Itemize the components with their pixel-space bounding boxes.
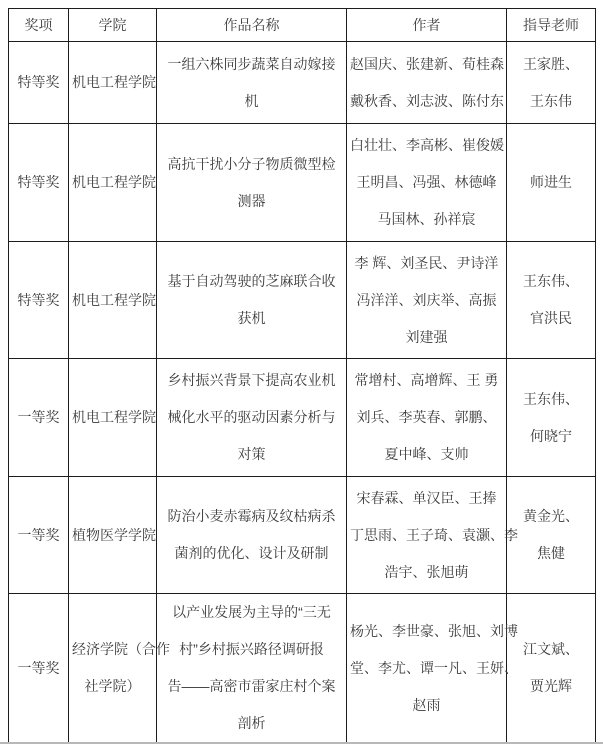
cell-authors: 常增村、高增辉、王 勇 刘兵、李英春、郭鹏、 夏中峰、支帅	[347, 359, 507, 477]
cell-college: 机电工程学院	[69, 359, 157, 477]
cell-work-title: 乡村振兴背景下提高农业机 械化水平的驱动因素分析与 对策	[157, 359, 347, 477]
page: 奖项 学院 作品名称 作者 指导老师 特等奖 机电工程学院 一组六株同步蔬菜自动…	[0, 0, 603, 744]
cell-work-title: 一组六株同步蔬菜自动嫁接 机	[157, 42, 347, 124]
cell-college: 经济学院（合作 社学院）	[69, 594, 157, 743]
cell-college: 植物医学学院	[69, 477, 157, 594]
cell-work-title: 防治小麦赤霉病及纹枯病杀 菌剂的优化、设计及研制	[157, 477, 347, 594]
header-authors: 作者	[347, 9, 507, 42]
cell-advisors: 王东伟、 官洪民	[507, 242, 596, 359]
cell-college: 机电工程学院	[69, 42, 157, 124]
cell-advisors: 王东伟、 何晓宁	[507, 359, 596, 477]
cell-advisors: 黄金光、 焦健	[507, 477, 596, 594]
cell-award: 特等奖	[9, 124, 69, 242]
cell-work-title: 基于自动驾驶的芝麻联合收 获机	[157, 242, 347, 359]
header-advisors: 指导老师	[507, 9, 596, 42]
cell-authors: 李 辉、刘圣民、尹诗洋 冯洋洋、刘庆举、高振 刘建强	[347, 242, 507, 359]
table-row: 特等奖 机电工程学院 基于自动驾驶的芝麻联合收 获机 李 辉、刘圣民、尹诗洋 冯…	[9, 242, 596, 359]
cell-advisors: 江文斌、 贾光辉	[507, 594, 596, 743]
cell-work-title: 以产业发展为主导的“三无 村”乡村振兴路径调研报 告——高密市雷家庄村个案 剖析	[157, 594, 347, 743]
cell-advisors: 王家胜、 王东伟	[507, 42, 596, 124]
awards-table: 奖项 学院 作品名称 作者 指导老师 特等奖 机电工程学院 一组六株同步蔬菜自动…	[8, 8, 596, 743]
cell-work-title: 高抗干扰小分子物质微型检 测器	[157, 124, 347, 242]
header-work-title: 作品名称	[157, 9, 347, 42]
table-row: 一等奖 经济学院（合作 社学院） 以产业发展为主导的“三无 村”乡村振兴路径调研…	[9, 594, 596, 743]
cell-award: 一等奖	[9, 594, 69, 743]
header-row: 奖项 学院 作品名称 作者 指导老师	[9, 9, 596, 42]
table-row: 特等奖 机电工程学院 高抗干扰小分子物质微型检 测器 白壮壮、李高彬、崔俊媛 王…	[9, 124, 596, 242]
table-row: 一等奖 植物医学学院 防治小麦赤霉病及纹枯病杀 菌剂的优化、设计及研制 宋春霖、…	[9, 477, 596, 594]
cell-authors: 宋春霖、单汉臣、王捧 丁思雨、王子琦、袁灏、李 浩宇、张旭萌	[347, 477, 507, 594]
cell-authors: 杨光、李世豪、张旭、刘博 堂、李尤、谭一凡、王妍、 赵雨	[347, 594, 507, 743]
cell-authors: 白壮壮、李高彬、崔俊媛 王明昌、冯强、林德峰 马国林、孙祥宸	[347, 124, 507, 242]
cell-advisors: 师进生	[507, 124, 596, 242]
header-award: 奖项	[9, 9, 69, 42]
cell-award: 一等奖	[9, 359, 69, 477]
cell-authors: 赵国庆、张建新、荀桂森 戴秋香、刘志波、陈付东	[347, 42, 507, 124]
table-row: 特等奖 机电工程学院 一组六株同步蔬菜自动嫁接 机 赵国庆、张建新、荀桂森 戴秋…	[9, 42, 596, 124]
table-row: 一等奖 机电工程学院 乡村振兴背景下提高农业机 械化水平的驱动因素分析与 对策 …	[9, 359, 596, 477]
cell-college: 机电工程学院	[69, 124, 157, 242]
cell-college: 机电工程学院	[69, 242, 157, 359]
header-college: 学院	[69, 9, 157, 42]
cell-award: 特等奖	[9, 242, 69, 359]
cell-award: 特等奖	[9, 42, 69, 124]
cell-award: 一等奖	[9, 477, 69, 594]
